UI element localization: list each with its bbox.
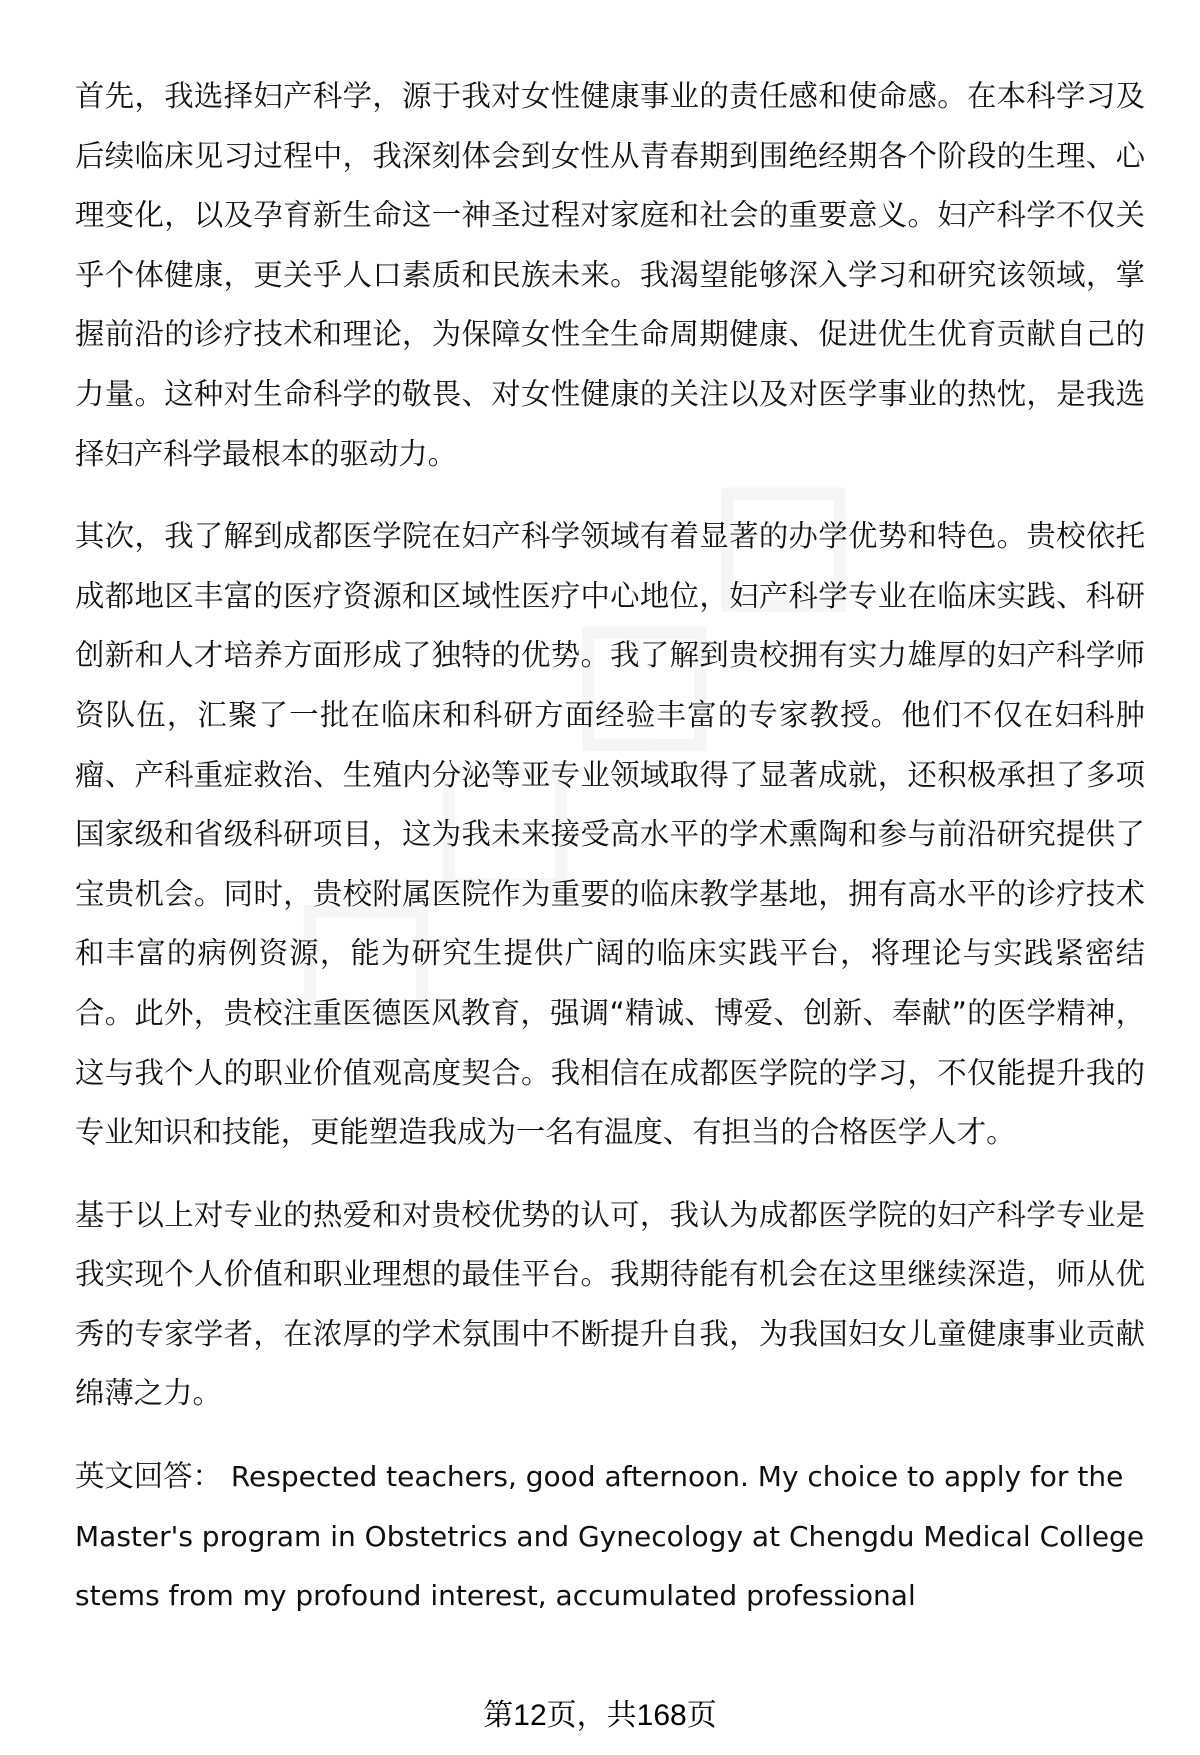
document-page: ◇◇◇◇ 首先，我选择妇产科学，源于我对女性健康事业的责任感和使命感。在本科学习… bbox=[0, 0, 1200, 1755]
paragraph-school-advantages: 其次，我了解到成都医学院在妇产科学领域有着显著的办学优势和特色。贵校依托成都地区… bbox=[75, 507, 1145, 1163]
paragraph-english-answer: 英文回答： Respected teachers, good afternoon… bbox=[75, 1447, 1145, 1626]
english-answer-text: Respected teachers, good afternoon. My c… bbox=[75, 1460, 1144, 1612]
page-indicator: 第12页，共168页 bbox=[0, 1690, 1200, 1734]
paragraph-motivation: 首先，我选择妇产科学，源于我对女性健康事业的责任感和使命感。在本科学习及后续临床… bbox=[75, 67, 1145, 484]
english-answer-label: 英文回答： bbox=[75, 1459, 222, 1493]
paragraph-conclusion: 基于以上对专业的热爱和对贵校优势的认可，我认为成都医学院的妇产科学专业是我实现个… bbox=[75, 1186, 1145, 1424]
document-body: 首先，我选择妇产科学，源于我对女性健康事业的责任感和使命感。在本科学习及后续临床… bbox=[75, 67, 1145, 1626]
